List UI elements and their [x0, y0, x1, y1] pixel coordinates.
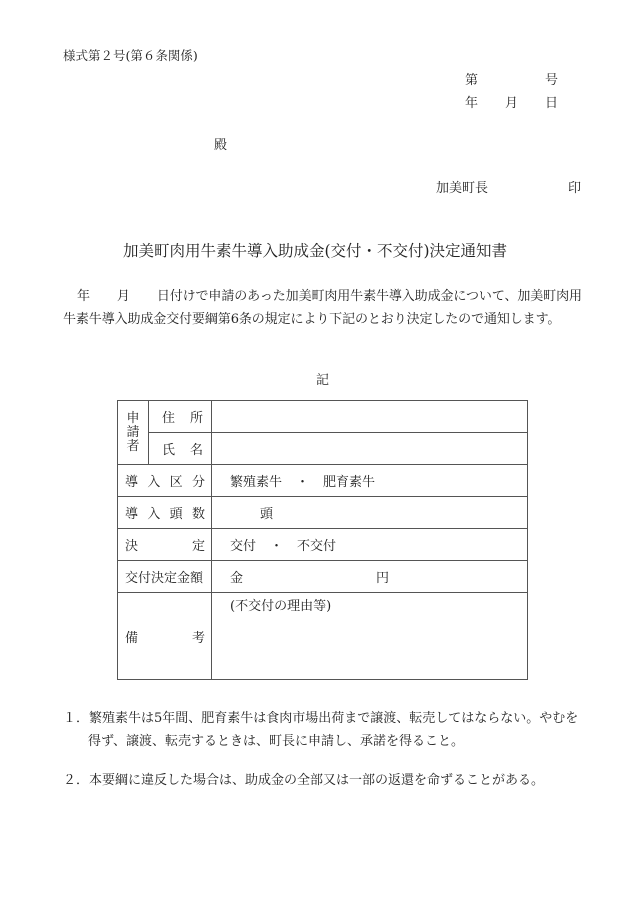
table-row-remarks: 備考 (不交付の理由等) — [118, 593, 528, 680]
date-day-label: 日 — [545, 92, 558, 111]
body-line-1: 年月日付けで申請のあった加美町肉用牛素牛導入助成金について、加美町肉用 — [63, 285, 582, 304]
remarks-label: 備考 — [118, 593, 212, 680]
remarks-value[interactable]: (不交付の理由等) — [212, 593, 528, 680]
body-month: 月 — [117, 289, 130, 304]
head-count-label: 導入頭数 — [118, 497, 212, 529]
note-1-number: １． — [63, 711, 89, 726]
category-label: 導入区分 — [118, 465, 212, 497]
document-title: 加美町肉用牛素牛導入助成金(交付・不交付)決定通知書 — [0, 239, 630, 261]
table-row-head-count: 導入頭数 頭 — [118, 497, 528, 529]
ki-heading: 記 — [316, 369, 329, 388]
body-year: 年 — [77, 289, 90, 304]
option-fattening-cattle[interactable]: 肥育素牛 — [323, 475, 375, 490]
note-1: １．繁殖素牛は5年間、肥育素牛は食肉市場出荷まで譲渡、転売してはならない。やむを — [63, 707, 578, 726]
table-row-category: 導入区分 繁殖素牛・肥育素牛 — [118, 465, 528, 497]
category-value[interactable]: 繁殖素牛・肥育素牛 — [212, 465, 528, 497]
form-number: 様式第２号(第６条関係) — [63, 46, 198, 64]
document-number-prefix: 第 — [465, 69, 478, 88]
head-count-value[interactable]: 頭 — [212, 497, 528, 529]
table-row-address: 申 請 者 住所 — [118, 401, 528, 433]
note-2-number: ２． — [63, 773, 89, 788]
amount-label: 交付決定金額 — [118, 561, 212, 593]
body-line-2: 牛素牛導入助成金交付要綱第6条の規定により下記のとおり決定したので通知します。 — [63, 308, 560, 327]
date-year-label: 年 — [465, 92, 478, 111]
addressee-honorific: 殿 — [214, 134, 227, 153]
name-label: 氏名 — [149, 433, 212, 465]
decision-value[interactable]: 交付・不交付 — [212, 529, 528, 561]
date-month-label: 月 — [505, 92, 518, 111]
seal-mark: 印 — [568, 177, 581, 196]
applicant-label: 申 請 者 — [118, 401, 149, 465]
option-grant[interactable]: 交付 — [230, 539, 256, 554]
name-value[interactable] — [212, 433, 528, 465]
table-row-name: 氏名 — [118, 433, 528, 465]
note-2: ２．本要綱に違反した場合は、助成金の全部又は一部の返還を命ずることがある。 — [63, 769, 544, 788]
option-no-grant[interactable]: 不交付 — [297, 539, 336, 554]
issuer: 加美町長 — [436, 177, 488, 196]
table-row-amount: 交付決定金額 金円 — [118, 561, 528, 593]
application-table: 申 請 者 住所 氏名 導入区分 繁殖素牛・肥育素牛 導入頭数 頭 決定 交 — [117, 400, 528, 680]
decision-label: 決定 — [118, 529, 212, 561]
note-1-continuation: 得ず、譲渡、転売するときは、町長に申請し、承諾を得ること。 — [88, 730, 464, 749]
option-breeding-cattle[interactable]: 繁殖素牛 — [230, 475, 282, 490]
table-row-decision: 決定 交付・不交付 — [118, 529, 528, 561]
amount-value[interactable]: 金円 — [212, 561, 528, 593]
document-number-suffix: 号 — [545, 69, 558, 88]
address-label: 住所 — [149, 401, 212, 433]
address-value[interactable] — [212, 401, 528, 433]
body-text: 日付けで申請のあった加美町肉用牛素牛導入助成金について、加美町肉用 — [157, 289, 582, 304]
